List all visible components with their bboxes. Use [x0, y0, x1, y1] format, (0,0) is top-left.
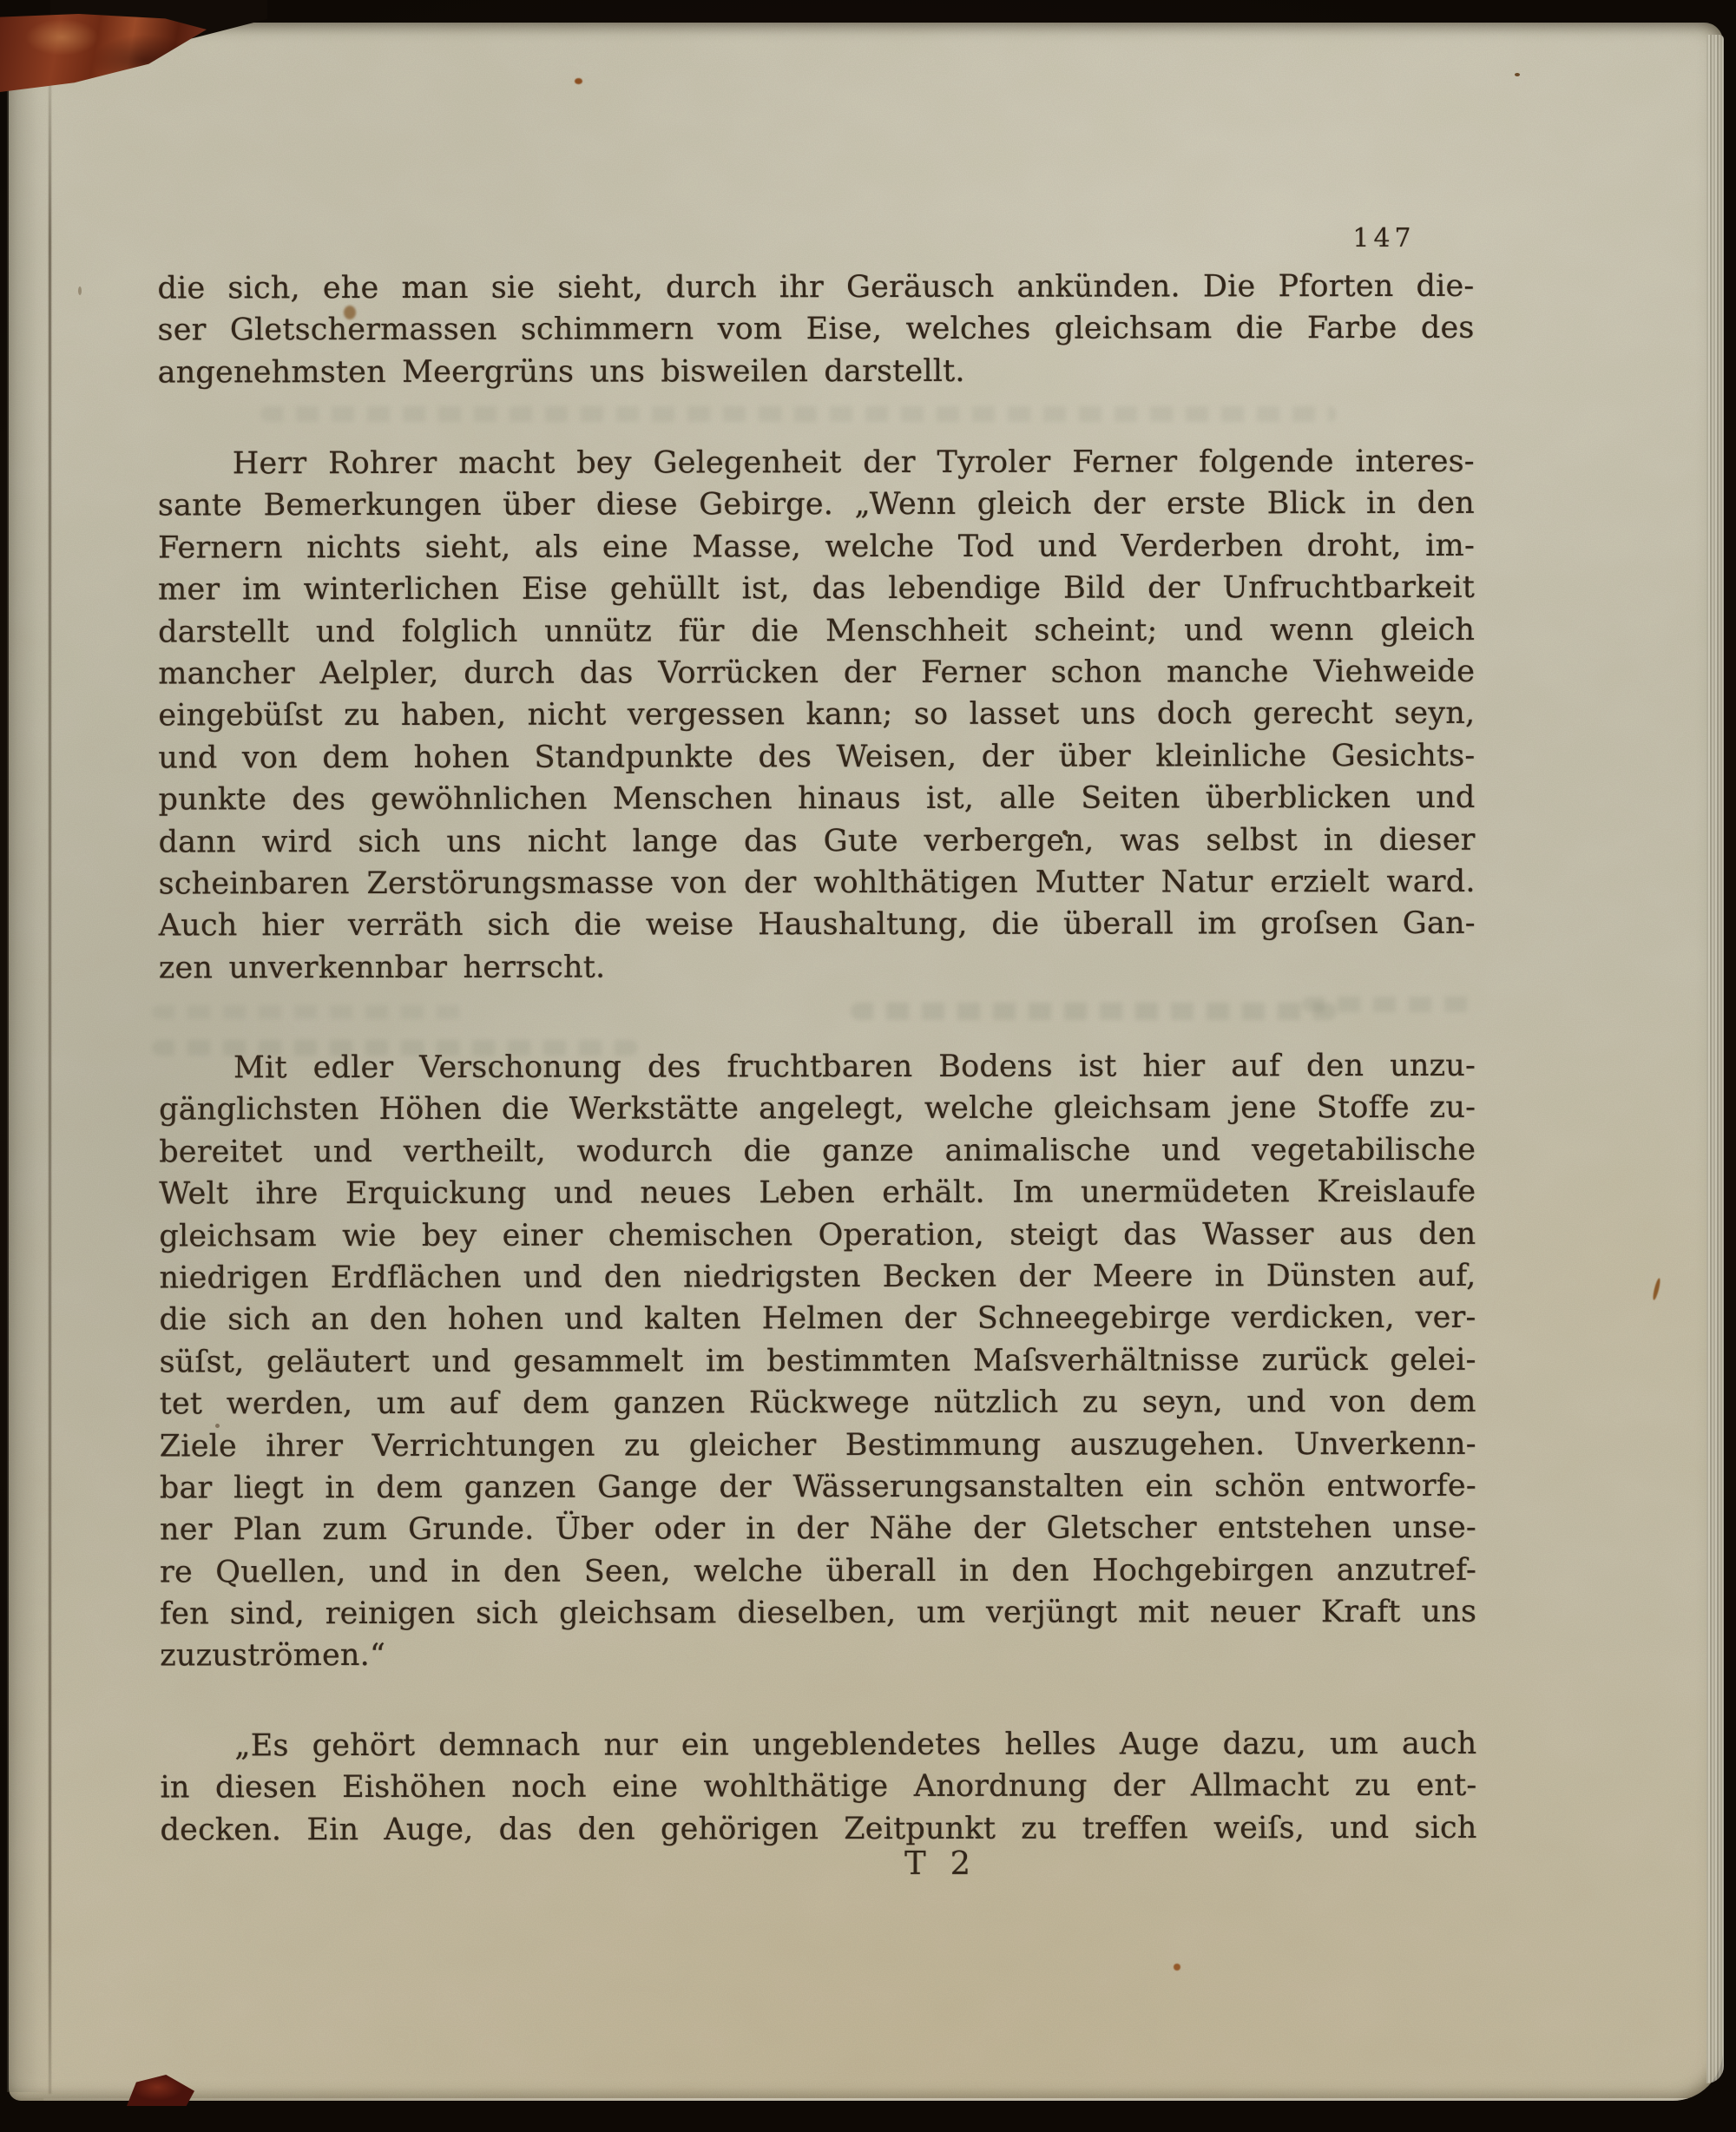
text-line: Welt ihre Erquickung und neues Leben erh…	[159, 1171, 1476, 1215]
text-line: bereitet und vertheilt, wodurch die ganz…	[159, 1129, 1476, 1174]
text-line: gänglichsten Höhen die Werkstätte angele…	[159, 1087, 1476, 1131]
paragraph: die sich, ehe man sie sieht, durch ihr G…	[157, 266, 1474, 394]
paragraph: Herr Rohrer macht bey Gelegenheit der Ty…	[158, 441, 1476, 990]
text-line: süſst, geläutert und gesammelt im bestim…	[160, 1339, 1476, 1384]
text-line: niedrigen Erdflächen und den niedrigsten…	[159, 1255, 1476, 1300]
printed-text-block: 147 die sich, ehe man sie sieht, durch i…	[0, 0, 1736, 2132]
text-line: punkte des gewöhnlichen Menschen hinaus …	[158, 777, 1475, 821]
text-line: die sich an den hohen und kalten Helmen …	[159, 1297, 1476, 1341]
text-line: in diesen Eishöhen noch eine wohlthätige…	[160, 1765, 1476, 1809]
text-line: Ziele ihrer Verrichtungen zu gleicher Be…	[160, 1423, 1476, 1467]
text-line: zen unverkennbar herrscht.	[159, 944, 1476, 989]
text-line: fen sind, reinigen sich gleichsam diesel…	[160, 1591, 1476, 1635]
paragraph: Mit edler Verschonung des fruchtbaren Bo…	[159, 1045, 1476, 1678]
text-line: darstellt und folglich unnütz für die Me…	[158, 609, 1475, 653]
page-number: 147	[1352, 221, 1457, 256]
text-line: angenehmsten Meergrüns uns bisweilen dar…	[158, 350, 1475, 394]
text-line: scheinbaren Zerstörungsmasse von der woh…	[159, 861, 1476, 905]
text-line: „Es gehört demnach nur ein ungeblendetes…	[160, 1723, 1476, 1767]
text-line: re Quellen, und in den Seen, welche über…	[160, 1549, 1476, 1593]
text-line: Auch hier verräth sich die weise Haushal…	[159, 903, 1476, 947]
text-line: tet werden, um auf dem ganzen Rückwege n…	[160, 1381, 1476, 1425]
text-line: Mit edler Verschonung des fruchtbaren Bo…	[159, 1045, 1476, 1089]
text-line: mer im winterlichen Eise gehüllt ist, da…	[158, 567, 1475, 611]
text-line: mancher Aelpler, durch das Vorrücken der…	[158, 651, 1475, 695]
text-line: dann wird sich uns nicht lange das Gute …	[159, 819, 1476, 863]
text-line: Fernern nichts sieht, als eine Masse, we…	[158, 525, 1475, 569]
text-line: die sich, ehe man sie sieht, durch ihr G…	[157, 266, 1474, 310]
paragraph: „Es gehört demnach nur ein ungeblendetes…	[160, 1723, 1476, 1852]
text-line: ner Plan zum Grunde. Über oder in der Nä…	[160, 1507, 1476, 1551]
text-line: eingebüſst zu haben, nicht vergessen kan…	[158, 693, 1475, 737]
scanned-book-page-photo: 147 die sich, ehe man sie sieht, durch i…	[0, 0, 1736, 2132]
text-line: und von dem hohen Standpunkte des Weisen…	[158, 735, 1475, 780]
text-line: ser Gletschermassen schimmern vom Eise, …	[157, 307, 1474, 352]
text-line: decken. Ein Auge, das den gehörigen Zeit…	[160, 1807, 1476, 1852]
text-line: gleichsam wie bey einer chemischen Opera…	[159, 1213, 1476, 1257]
text-line: Herr Rohrer macht bey Gelegenheit der Ty…	[158, 441, 1475, 485]
text-line: sante Bemerkungen über diese Gebirge. „W…	[158, 483, 1475, 527]
signature-mark: T 2	[870, 1842, 1009, 1885]
text-line: bar liegt in dem ganzen Gange der Wässer…	[160, 1465, 1476, 1510]
text-line: zuzuströmen.“	[160, 1633, 1476, 1677]
